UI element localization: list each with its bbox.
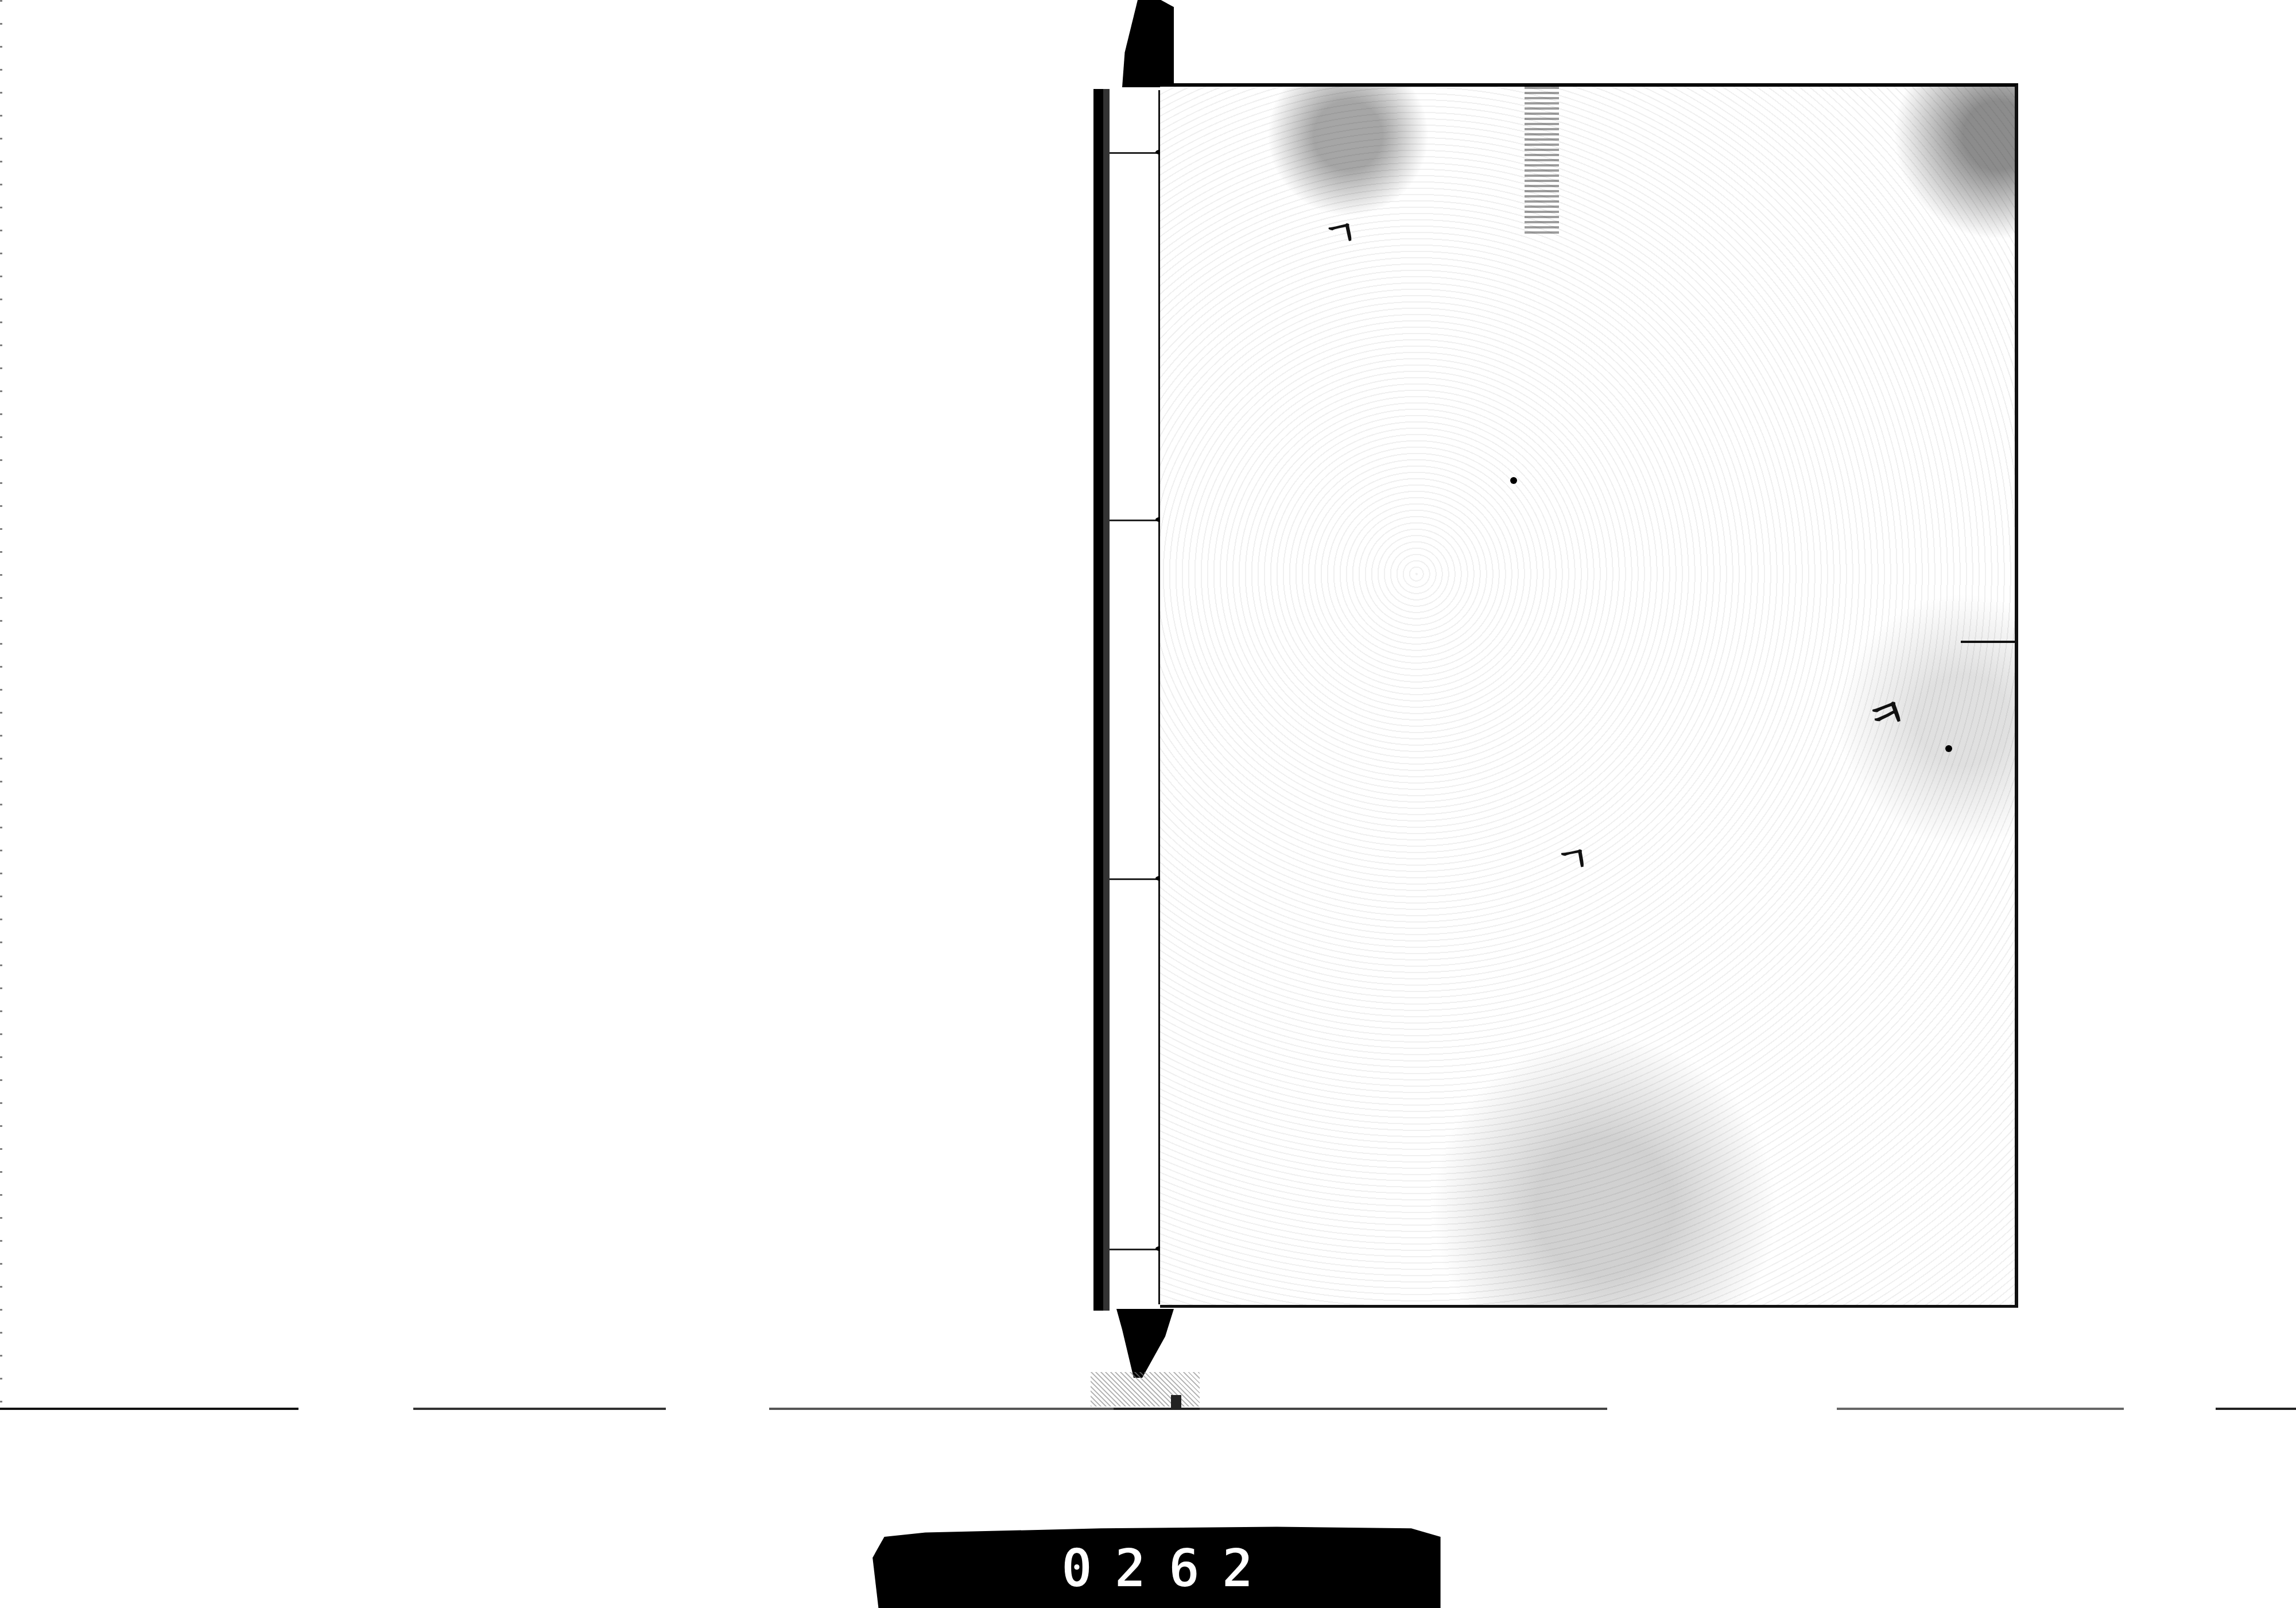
book-spine-edge: [1093, 89, 1110, 1311]
clamp-shadow: [1091, 1372, 1200, 1406]
film-left-edge: [0, 0, 2, 1406]
book-spine-strip: [1110, 90, 1160, 1304]
binding-thread-mark: [1110, 152, 1161, 154]
ground-line: [0, 1408, 2296, 1410]
cover-dot: [1945, 745, 1952, 752]
cover-edge-tick: [1961, 641, 2018, 643]
bound-book: ㄱ ㅋ ㄱ: [1093, 83, 2020, 1312]
frame-number: 0262: [1061, 1538, 1275, 1599]
cover-mark: ㅋ: [1857, 679, 1914, 746]
clamp-block: [1171, 1395, 1181, 1408]
frame-counter-plate: 0262: [867, 1524, 1452, 1608]
binding-thread-mark: [1110, 878, 1161, 880]
cover-mark: ㄱ: [1319, 204, 1362, 259]
cover-stain: [1525, 87, 1559, 236]
cover-mark: ㄱ: [1552, 831, 1593, 885]
binding-thread-mark: [1110, 520, 1161, 521]
binding-thread-mark: [1110, 1249, 1161, 1250]
book-cover: ㄱ ㅋ ㄱ: [1160, 83, 2018, 1308]
cover-dot: [1510, 477, 1517, 484]
